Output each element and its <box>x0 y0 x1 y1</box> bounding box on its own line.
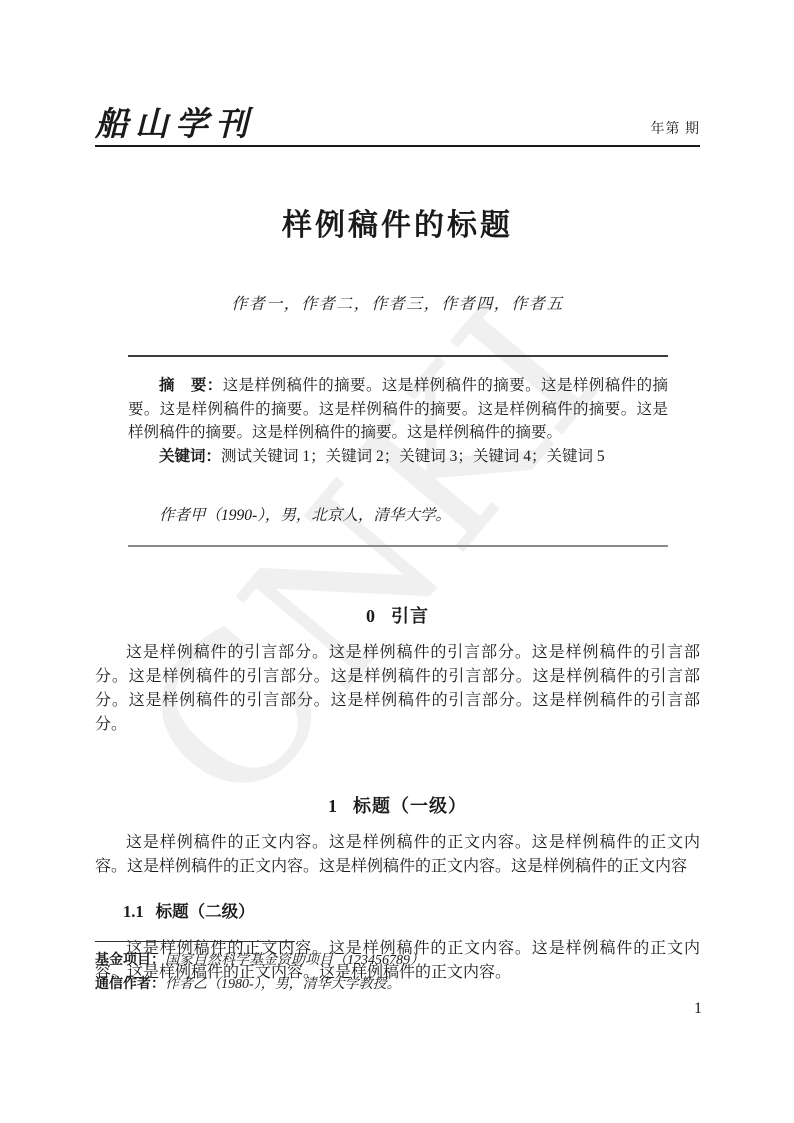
corresponding-author-label: 通信作者： <box>95 975 165 991</box>
corresponding-author-footnote: 通信作者：作者乙（1980-），男，清华大学教授。 <box>95 972 700 996</box>
section-title: 引言 <box>391 606 429 626</box>
journal-header: 船山学刊 年第 期 <box>95 107 700 147</box>
section-number: 0 <box>366 606 376 626</box>
footnote-area: 基金项目：国家自然科学基金资助项目（123456789） 通信作者：作者乙（19… <box>95 941 700 996</box>
author-bio: 作者甲（1990-），男，北京人，清华大学。 <box>128 504 668 528</box>
journal-logo: 船山学刊 <box>95 107 255 140</box>
fund-text: 国家自然科学基金资助项目（123456789） <box>165 953 424 968</box>
issue-info: 年第 期 <box>651 123 701 140</box>
author-list: 作者一，作者二，作者三，作者四，作者五 <box>95 291 700 314</box>
section-title: 标题（一级） <box>353 796 467 816</box>
corresponding-author-text: 作者乙（1980-），男，清华大学教授。 <box>165 977 401 992</box>
article-title: 样例稿件的标题 <box>95 209 700 242</box>
section-heading-intro: 0引言 <box>95 605 700 627</box>
section-number: 1.1 <box>123 902 144 921</box>
section-heading-1: 1标题（一级） <box>95 795 700 817</box>
footnote-rule <box>95 941 295 942</box>
page-content: 船山学刊 年第 期 样例稿件的标题 作者一，作者二，作者三，作者四，作者五 摘 … <box>0 107 794 985</box>
section-title: 标题（二级） <box>156 903 255 921</box>
document-page: CNKI 船山学刊 年第 期 样例稿件的标题 作者一，作者二，作者三，作者四，作… <box>0 0 794 1123</box>
abstract-block: 摘 要：这是样例稿件的摘要。这是样例稿件的摘要。这是样例稿件的摘要。这是样例稿件… <box>128 355 668 547</box>
keywords-paragraph: 关键词：测试关键词 1；关键词 2；关键词 3；关键词 4；关键词 5 <box>128 445 668 469</box>
section-heading-1-1: 1.1标题（二级） <box>95 901 700 923</box>
abstract-paragraph: 摘 要：这是样例稿件的摘要。这是样例稿件的摘要。这是样例稿件的摘要。这是样例稿件… <box>128 374 668 445</box>
keywords-text: 测试关键词 1；关键词 2；关键词 3；关键词 4；关键词 5 <box>221 448 605 465</box>
section-number: 1 <box>328 796 338 816</box>
page-number: 1 <box>694 1000 702 1018</box>
fund-label: 基金项目： <box>95 951 165 967</box>
keywords-label: 关键词： <box>159 448 221 465</box>
abstract-label: 摘 要： <box>159 377 223 394</box>
section-body-1: 这是样例稿件的正文内容。这是样例稿件的正文内容。这是样例稿件的正文内容。这是样例… <box>95 831 700 879</box>
fund-footnote: 基金项目：国家自然科学基金资助项目（123456789） <box>95 948 700 972</box>
section-body-intro: 这是样例稿件的引言部分。这是样例稿件的引言部分。这是样例稿件的引言部分。这是样例… <box>95 641 700 737</box>
